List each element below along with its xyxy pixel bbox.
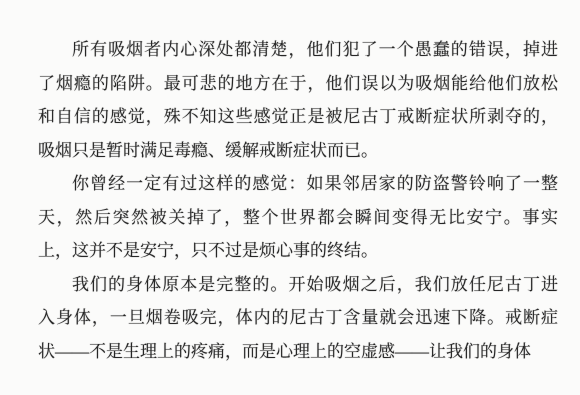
paragraph-smokers-mistake: 所有吸烟者内心深处都清楚，他们犯了一个愚蠢的错误，掉进 了烟瘾的陷阱。最可悲的地… <box>38 33 560 167</box>
text-line: 我们的身体原本是完整的。开始吸烟之后，我们放任尼古丁进 <box>38 268 558 302</box>
text-line: 天，然后突然被关掉了，整个世界都会瞬间变得无比安宁。事实 <box>38 201 558 235</box>
text-line: 所有吸烟者内心深处都清楚，他们犯了一个愚蠢的错误，掉进 <box>38 33 558 67</box>
text-line: 了烟瘾的陷阱。最可悲的地方在于，他们误以为吸烟能给他们放松 <box>38 67 558 101</box>
text-line: 吸烟只是暂时满足毒瘾、缓解戒断症状而已。 <box>38 134 558 168</box>
text-line: 状——不是生理上的疼痛，而是心理上的空虚感——让我们的身体 <box>38 335 558 369</box>
paragraph-alarm-analogy: 你曾经一定有过这样的感觉：如果邻居家的防盗警铃响了一整 天，然后突然被关掉了，整… <box>38 167 560 268</box>
text-line: 上，这并不是安宁，只不过是烦心事的终结。 <box>38 234 558 268</box>
text-line: 入身体，一旦烟卷吸完，体内的尼古丁含量就会迅速下降。戒断症 <box>38 301 558 335</box>
paragraph-body-nicotine: 我们的身体原本是完整的。开始吸烟之后，我们放任尼古丁进 入身体，一旦烟卷吸完，体… <box>38 268 560 369</box>
text-line: 和自信的感觉，殊不知这些感觉正是被尼古丁戒断症状所剥夺的， <box>38 100 558 134</box>
text-line: 你曾经一定有过这样的感觉：如果邻居家的防盗警铃响了一整 <box>38 167 558 201</box>
scanned-book-page: 所有吸烟者内心深处都清楚，他们犯了一个愚蠢的错误，掉进 了烟瘾的陷阱。最可悲的地… <box>0 0 580 395</box>
